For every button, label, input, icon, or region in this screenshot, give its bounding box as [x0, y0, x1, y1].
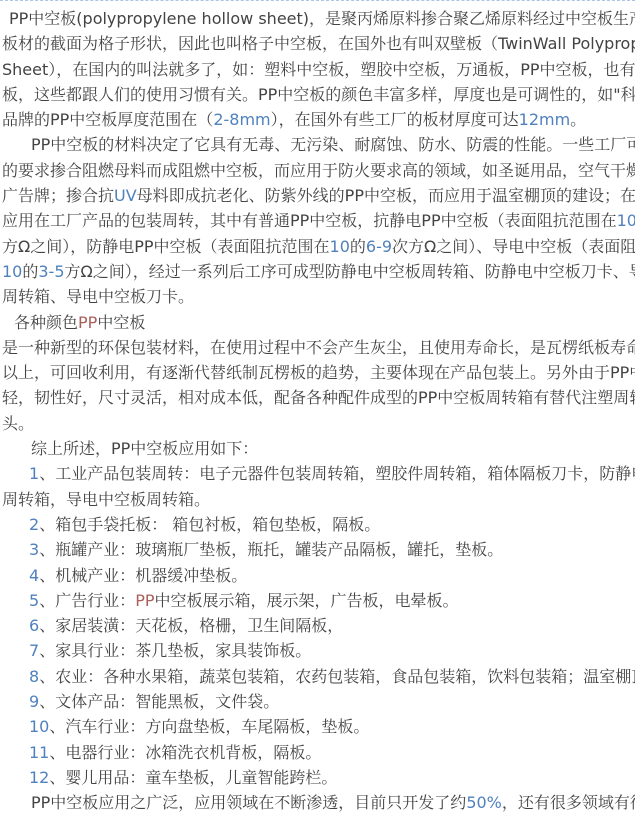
text-line-4: 板，这些都跟人们的使用习惯有关。PP中空板的颜色丰富多样，厚度也是可调性的，如"…: [1, 82, 633, 107]
text-line-17: 头。: [1, 411, 633, 436]
body-text: 周转箱，导电中空板周转箱。: [2, 490, 210, 509]
highlight-blue-text: 11: [29, 743, 49, 762]
body-text: 综上所述，PP中空板应用如下：: [31, 439, 258, 458]
highlight-blue-text: 2: [29, 515, 39, 534]
body-text: 应用在工厂产品的包装周转，其中有普通PP中空板，抗静电PP中空板（表面阻抗范围在: [2, 211, 617, 230]
body-text: 、工业产品包装周转：电子元器件包装周转箱，塑胶件周转箱，箱体隔板刀卡，防静电中空…: [39, 464, 635, 483]
body-text: 品牌的PP中空板厚度范围在（: [2, 110, 213, 129]
body-text: 广告牌；掺合抗: [2, 186, 114, 205]
body-text: 、家具行业：茶几垫板，家具装饰板。: [39, 641, 311, 660]
body-text: PP中空板(polypropylene hollow sheet)，是聚丙烯原料…: [9, 9, 635, 28]
body-text: 、电器行业：冰箱洗衣机背板，隔板。: [49, 743, 321, 762]
highlight-blue-text: UV: [114, 186, 137, 205]
body-text: 、箱包手袋托板： 箱包衬板，箱包垫板，隔板。: [39, 515, 380, 534]
body-text: 、文体产品：智能黑板，文件袋。: [39, 692, 279, 711]
text-line-31: 12、婴儿用品：童车垫板，儿童智能跨栏。: [1, 765, 633, 790]
body-text: 的: [350, 237, 366, 256]
text-line-15: 以上，可回收利用，有逐渐代替纸制瓦楞板的趋势，主要体现在产品包装上。另外由于PP…: [1, 360, 633, 385]
body-text: 各种颜色: [14, 313, 78, 332]
text-line-30: 11、电器行业：冰箱洗衣机背板，隔板。: [1, 740, 633, 765]
highlight-blue-text: 1: [29, 464, 39, 483]
body-text: 中空板: [97, 313, 145, 332]
body-text: 母料即成抗老化、防紫外线的PP中空板，而应用于温室棚顶的建设；在国内主要: [137, 186, 635, 205]
text-line-13: 各种颜色PP中空板: [1, 310, 633, 335]
text-line-7: 的要求掺合阻燃母料而成阻燃中空板，而应用于防火要求高的领域，如圣诞用品，空气干燥…: [1, 158, 633, 183]
body-text: PP中空板的材料决定了它具有无毒、无污染、耐腐蚀、防水、防震的性能。一些工厂可根…: [31, 135, 635, 154]
body-text: 次方Ω之间）、导电中空板（表面阻抗范围在: [392, 237, 635, 256]
body-text: 以上，可回收利用，有逐渐代替纸制瓦楞板的趋势，主要体现在产品包装上。另外由于PP…: [2, 363, 635, 382]
body-text: 、婴儿用品：童车垫板，儿童智能跨栏。: [49, 768, 337, 787]
text-line-23: 4、机械产业：机器缓冲垫板。: [1, 563, 633, 588]
body-text: 。: [570, 110, 586, 129]
body-text: 、瓶罐产业：玻璃瓶厂垫板，瓶托，罐装产品隔板，罐托，垫板。: [39, 540, 503, 559]
highlight-blue-text: 12: [29, 768, 49, 787]
body-text: 板，这些都跟人们的使用习惯有关。PP中空板的颜色丰富多样，厚度也是可调性的，如"…: [2, 85, 635, 104]
text-line-11: 10的3-5方Ω之间），经过一系列后工序可成型防静电中空板周转箱、防静电中空板刀…: [1, 259, 633, 284]
text-line-8: 广告牌；掺合抗UV母料即成抗老化、防紫外线的PP中空板，而应用于温室棚顶的建设；…: [1, 183, 633, 208]
text-line-18: 综上所述，PP中空板应用如下：: [1, 436, 633, 461]
body-text: 头。: [2, 414, 34, 433]
highlight-blue-text: 8: [29, 667, 39, 686]
text-line-16: 轻，韧性好，尺寸灵活，相对成本低，配备各种配件成型的PP中空板周转箱有替代注塑周…: [1, 385, 633, 410]
body-text: PP中空板应用之广泛，应用领域在不断渗透，目前只开发了约: [31, 793, 466, 812]
article-body: PP中空板(polypropylene hollow sheet)，是聚丙烯原料…: [1, 6, 633, 816]
text-line-20: 周转箱，导电中空板周转箱。: [1, 487, 633, 512]
highlight-blue-text: 10: [330, 237, 350, 256]
highlight-blue-text: 5: [29, 591, 39, 610]
text-line-24: 5、广告行业：PP中空板展示箱，展示架，广告板，电晕板。: [1, 588, 633, 613]
body-text: 、农业：各种水果箱，蔬菜包装箱，农药包装箱，食品包装箱，饮料包装箱；温室棚顶。: [39, 667, 635, 686]
body-text: 的: [22, 262, 38, 281]
body-text: 方Ω之间），防静电PP中空板（表面阻抗范围在: [2, 237, 330, 256]
highlight-red-text: PP: [135, 591, 154, 610]
text-line-10: 方Ω之间），防静电PP中空板（表面阻抗范围在10的6-9次方Ω之间）、导电中空板…: [1, 234, 633, 259]
body-text: 是一种新型的环保包装材料，在使用过程中不会产生灰尘，且使用寿命长，是瓦楞纸板寿命…: [2, 338, 635, 357]
highlight-red-text: PP: [78, 313, 97, 332]
text-line-1: PP中空板(polypropylene hollow sheet)，是聚丙烯原料…: [1, 6, 633, 31]
text-line-9: 应用在工厂产品的包装周转，其中有普通PP中空板，抗静电PP中空板（表面阻抗范围在…: [1, 208, 633, 233]
body-text: 、汽车行业：方向盘垫板，车尾隔板，垫板。: [49, 717, 369, 736]
highlight-blue-text: 9: [29, 692, 39, 711]
body-text: ，还有很多领域有待开发中。: [502, 793, 635, 812]
text-line-22: 3、瓶罐产业：玻璃瓶厂垫板，瓶托，罐装产品隔板，罐托，垫板。: [1, 537, 633, 562]
highlight-blue-text: 4: [29, 566, 39, 585]
highlight-blue-text: 6: [29, 616, 39, 635]
body-text: 、家居装潢：天花板，格栅，卫生间隔板，: [39, 616, 343, 635]
body-text: 、广告行业：: [39, 591, 135, 610]
highlight-blue-text: 10: [617, 211, 635, 230]
body-text: ），在国外有些工厂的板材厚度可达: [271, 110, 519, 129]
text-line-26: 7、家具行业：茶几垫板，家具装饰板。: [1, 638, 633, 663]
highlight-blue-text: 6-9: [366, 237, 392, 256]
highlight-blue-text: 50%: [466, 793, 502, 812]
text-line-3: Sheet），在国内的叫法就多了，如：塑料中空板，塑胶中空板，万通板，PP中空板…: [1, 57, 633, 82]
text-line-27: 8、农业：各种水果箱，蔬菜包装箱，农药包装箱，食品包装箱，饮料包装箱；温室棚顶。: [1, 664, 633, 689]
body-text: 板材的截面为格子形状，因此也叫格子中空板，在国外也有叫双壁板（TwinWall …: [2, 34, 635, 53]
text-line-29: 10、汽车行业：方向盘垫板，车尾隔板，垫板。: [1, 714, 633, 739]
highlight-blue-text: 3-5: [38, 262, 64, 281]
highlight-blue-text: 2-8mm: [213, 110, 270, 129]
highlight-blue-text: 7: [29, 641, 39, 660]
text-line-28: 9、文体产品：智能黑板，文件袋。: [1, 689, 633, 714]
text-line-32: PP中空板应用之广泛，应用领域在不断渗透，目前只开发了约50%，还有很多领域有待…: [1, 790, 633, 815]
body-text: 中空板展示箱，展示架，广告板，电晕板。: [155, 591, 459, 610]
text-line-14: 是一种新型的环保包装材料，在使用过程中不会产生灰尘，且使用寿命长，是瓦楞纸板寿命…: [1, 335, 633, 360]
text-line-5: 品牌的PP中空板厚度范围在（2-8mm），在国外有些工厂的板材厚度可达12mm。: [1, 107, 633, 132]
body-text: 周转箱、导电中空板刀卡。: [2, 287, 194, 306]
text-line-19: 1、工业产品包装周转：电子元器件包装周转箱，塑胶件周转箱，箱体隔板刀卡，防静电中…: [1, 461, 633, 486]
body-text: 方Ω之间），经过一系列后工序可成型防静电中空板周转箱、防静电中空板刀卡、导电中空…: [65, 262, 635, 281]
text-line-6: PP中空板的材料决定了它具有无毒、无污染、耐腐蚀、防水、防震的性能。一些工厂可根…: [1, 132, 633, 157]
text-line-21: 2、箱包手袋托板： 箱包衬板，箱包垫板，隔板。: [1, 512, 633, 537]
highlight-blue-text: 10: [2, 262, 22, 281]
highlight-blue-text: 10: [29, 717, 49, 736]
body-text: 、机械产业：机器缓冲垫板。: [39, 566, 247, 585]
page: PP中空板(polypropylene hollow sheet)，是聚丙烯原料…: [0, 0, 635, 817]
text-line-25: 6、家居装潢：天花板，格栅，卫生间隔板，: [1, 613, 633, 638]
highlight-blue-text: 3: [29, 540, 39, 559]
text-line-12: 周转箱、导电中空板刀卡。: [1, 284, 633, 309]
body-text: Sheet），在国内的叫法就多了，如：塑料中空板，塑胶中空板，万通板，PP中空板…: [2, 60, 635, 79]
highlight-blue-text: 12mm: [519, 110, 571, 129]
body-text: 的要求掺合阻燃母料而成阻燃中空板，而应用于防火要求高的领域，如圣诞用品，空气干燥…: [2, 161, 635, 180]
text-line-2: 板材的截面为格子形状，因此也叫格子中空板，在国外也有叫双壁板（TwinWall …: [1, 31, 633, 56]
body-text: 轻，韧性好，尺寸灵活，相对成本低，配备各种配件成型的PP中空板周转箱有替代注塑周…: [2, 388, 635, 407]
